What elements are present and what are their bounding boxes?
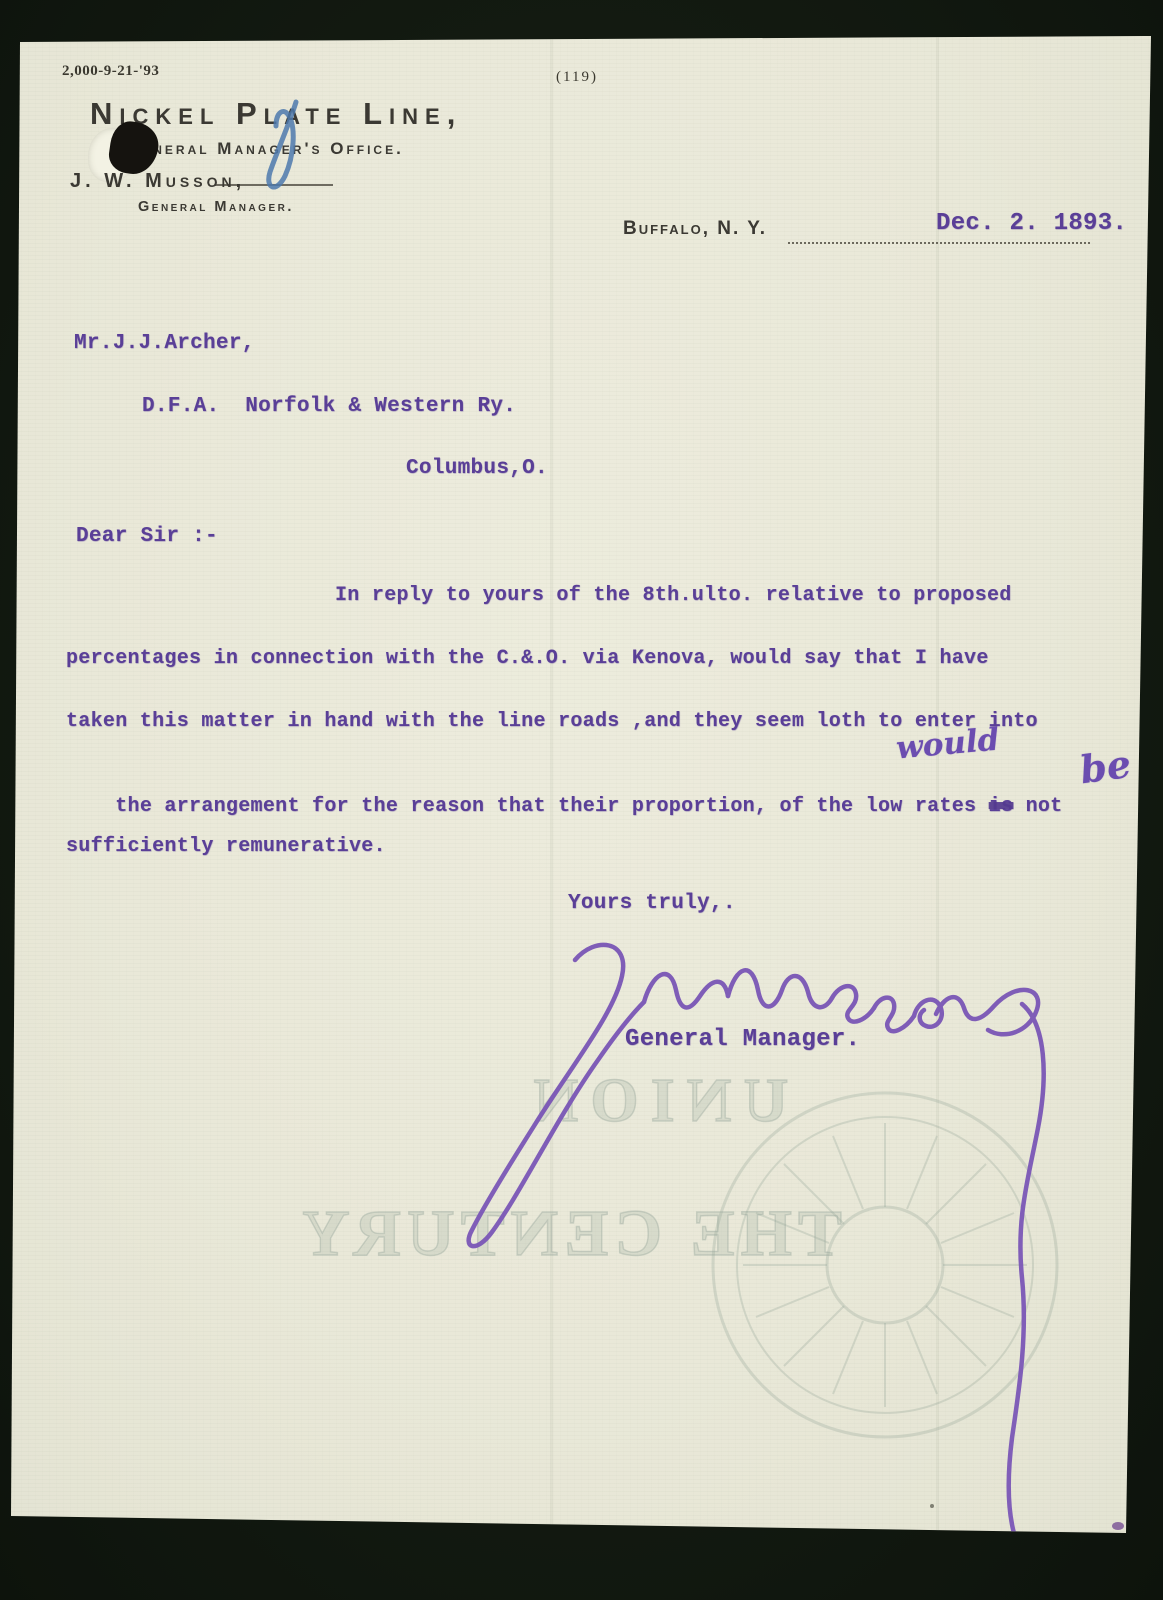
recipient-name: Mr.J.J.Archer,	[74, 332, 255, 355]
dateline-date: Dec. 2. 1893.	[936, 210, 1127, 237]
letter-page: UNION THE CENTURY 2,000-9-21-'93 (119) N…	[0, 0, 1163, 1600]
body-line-5: sufficiently remunerative.	[66, 835, 386, 858]
salutation: Dear Sir :-	[76, 525, 218, 548]
signature-jw-musson-icon	[430, 918, 1060, 1568]
handwritten-insert-be: be	[1077, 741, 1134, 793]
ink-speck	[1112, 1522, 1124, 1530]
letterhead-manager-title: General Manager.	[138, 199, 294, 215]
handwritten-insert-would: would	[895, 722, 1001, 767]
body-line-2: percentages in connection with the C.&.O…	[66, 647, 989, 670]
body-line-1: In reply to yours of the 8th.ulto. relat…	[335, 584, 1012, 607]
struck-out-word: is	[989, 795, 1014, 818]
body-line-3: taken this matter in hand with the line …	[66, 710, 1038, 733]
blue-pencil-checkmark-icon	[246, 96, 310, 200]
body-line-4: the arrangement for the reason that thei…	[66, 772, 1063, 841]
signer-title: General Manager.	[625, 1026, 860, 1053]
page-number: (119)	[556, 69, 598, 86]
body-line-4-text: the arrangement for the reason that thei…	[115, 795, 988, 818]
closing-phrase: Yours truly,.	[568, 892, 736, 915]
dust-speck	[930, 1504, 934, 1508]
letterhead-manager-name: J. W. Musson,	[70, 170, 245, 193]
recipient-city: Columbus,O.	[406, 457, 548, 480]
dateline-place: Buffalo, N. Y.	[623, 218, 767, 240]
body-line-4-tail: not	[1013, 795, 1062, 818]
recipient-organization: D.F.A. Norfolk & Western Ry.	[142, 395, 516, 418]
print-run-code: 2,000-9-21-'93	[62, 63, 159, 80]
